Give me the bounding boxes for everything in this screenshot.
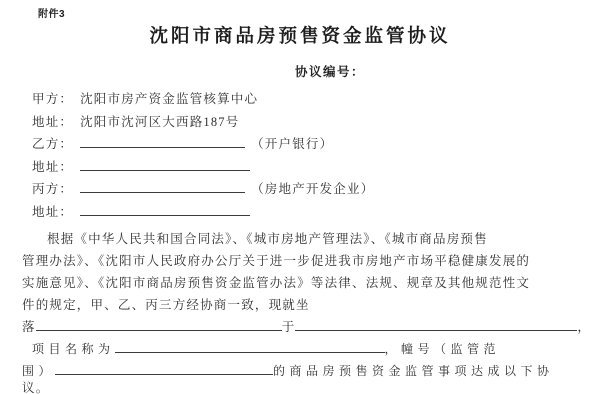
preamble-line-2: 管理办法》、《沈阳市人民政府办公厅关于进一步促进我市房地产市场平稳健康发展的	[22, 250, 590, 272]
project-name-fill-line: 项目名称为，幢号（监管范	[22, 338, 590, 360]
document-page: 附件3 沈阳市商品房预售资金监管协议 协议编号： 甲方：沈阳市房产资金监管核算中…	[0, 0, 600, 394]
location-fill-blank-2	[295, 318, 577, 331]
party-b-address-fill-blank	[80, 158, 250, 171]
party-a-address-row: 地址：沈阳市沈河区大西路187号	[22, 111, 590, 134]
party-a-row: 甲方：沈阳市房产资金监管核算中心	[22, 88, 590, 111]
party-a-address-value: 沈阳市沈河区大西路187号	[80, 115, 239, 129]
parties-section: 甲方：沈阳市房产资金监管核算中心 地址：沈阳市沈河区大西路187号 乙方：（开户…	[22, 88, 590, 224]
closing-line: 议。	[22, 382, 590, 394]
document-title: 沈阳市商品房预售资金监管协议	[22, 25, 590, 50]
location-suffix: ，	[577, 320, 591, 334]
location-connector: 于	[282, 320, 296, 334]
party-c-label: 丙方：	[32, 182, 73, 196]
preamble-line-4: 件的规定，甲、乙、丙三方经协商一致，现就坐	[22, 294, 590, 316]
preamble-line-3: 实施意见》、《沈阳市商品房预售资金监管办法》等法律、法规、规章及其他规范性文	[22, 272, 590, 294]
project-name-fill-blank	[115, 340, 385, 353]
party-b-address-label: 地址：	[32, 160, 73, 174]
party-c-fill-blank	[80, 180, 245, 193]
location-prefix: 落	[22, 320, 36, 334]
party-a-address-label: 地址：	[32, 115, 73, 129]
scope-prefix: 围）	[22, 364, 55, 378]
scope-fill-blank	[55, 362, 273, 375]
location-fill-line: 落于，	[22, 316, 590, 338]
party-b-suffix: （开户银行）	[251, 137, 333, 151]
party-c-suffix: （房地产开发企业）	[251, 182, 374, 196]
preamble-paragraph: 根据《中华人民共和国合同法》、《城市房地产管理法》、《城市商品房预售 管理办法》…	[22, 228, 590, 316]
preamble-line-1: 根据《中华人民共和国合同法》、《城市房地产管理法》、《城市商品房预售	[22, 228, 590, 250]
party-c-address-label: 地址：	[32, 205, 73, 219]
project-name-suffix: ，幢号（监管范	[385, 342, 501, 356]
agreement-number-row: 协议编号：	[22, 64, 590, 80]
party-c-address-fill-blank	[80, 203, 250, 216]
agreement-number-label: 协议编号：	[295, 65, 365, 79]
party-c-row: 丙方：（房地产开发企业）	[22, 178, 590, 201]
party-b-address-row: 地址：	[22, 156, 590, 179]
party-b-row: 乙方：（开户银行）	[22, 133, 590, 156]
party-a-value: 沈阳市房产资金监管核算中心	[80, 92, 258, 106]
party-c-address-row: 地址：	[22, 201, 590, 224]
project-name-prefix: 项目名称为	[32, 342, 115, 356]
party-a-label: 甲方：	[32, 92, 73, 106]
location-fill-blank-1	[36, 318, 282, 331]
party-b-label: 乙方：	[32, 137, 73, 151]
attachment-label: 附件3	[38, 8, 590, 23]
supervision-scope-fill-line: 围）的商品房预售资金监管事项达成以下协	[22, 360, 590, 382]
scope-suffix: 的商品房预售资金监管事项达成以下协	[273, 364, 554, 378]
party-b-fill-blank	[80, 135, 245, 148]
